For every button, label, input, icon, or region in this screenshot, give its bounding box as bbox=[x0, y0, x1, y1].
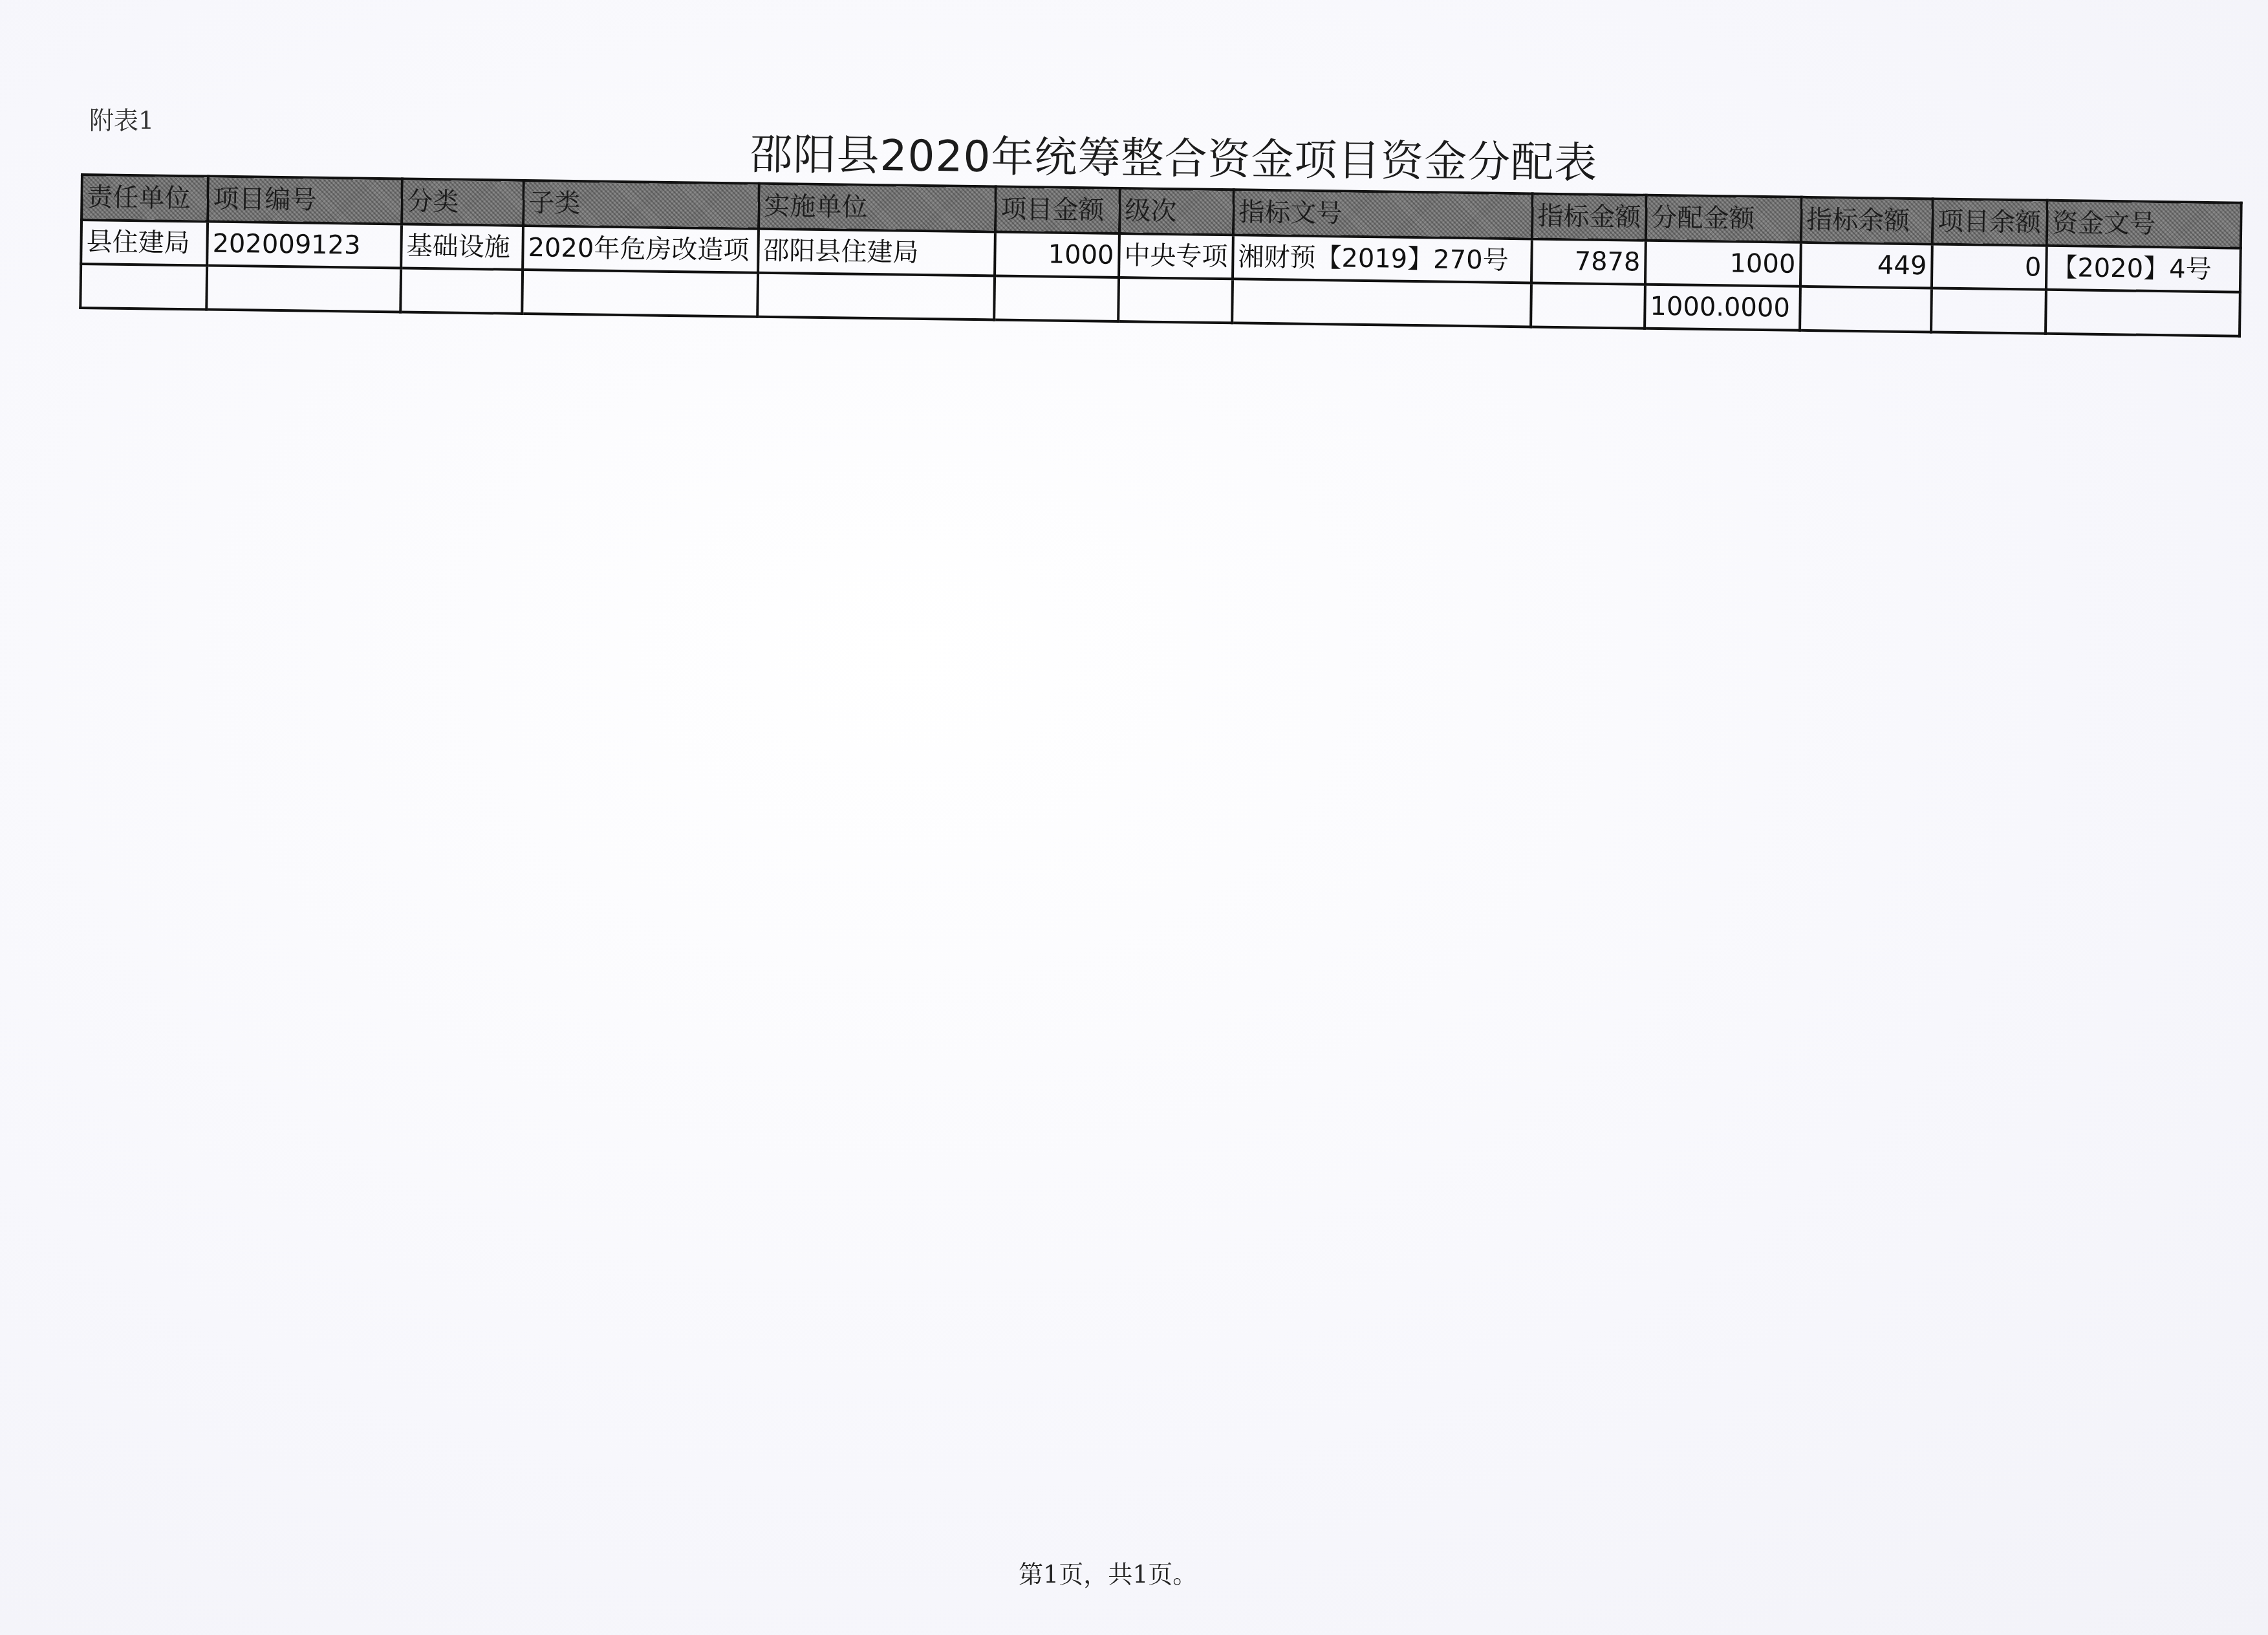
cell-empty bbox=[1800, 287, 1932, 332]
cell-category: 基础设施 bbox=[401, 224, 523, 269]
cell-implementing-unit: 邵阳县住建局 bbox=[758, 229, 995, 276]
cell-empty bbox=[757, 273, 995, 320]
cell-empty bbox=[80, 264, 207, 310]
cell-empty bbox=[1931, 288, 2046, 333]
allocation-table-container: 责任单位 项目编号 分类 子类 实施单位 项目金额 级次 指标文号 指标金额 分… bbox=[79, 173, 2242, 338]
cell-empty bbox=[400, 268, 523, 313]
header-subcategory: 子类 bbox=[523, 180, 759, 229]
cell-quota-balance: 449 bbox=[1800, 243, 1932, 288]
appendix-label: 附表1 bbox=[89, 100, 154, 136]
header-allocated-amount: 分配金额 bbox=[1646, 195, 1802, 243]
header-implementing-unit: 实施单位 bbox=[759, 184, 996, 232]
cell-fund-doc-no: 【2020】4号 bbox=[2046, 246, 2241, 292]
page-footer: 第1页，共1页。 bbox=[1019, 1554, 1197, 1590]
cell-empty bbox=[2046, 290, 2240, 336]
header-category: 分类 bbox=[402, 179, 524, 226]
cell-empty bbox=[1118, 277, 1233, 323]
header-quota-balance: 指标余额 bbox=[1801, 197, 1933, 244]
cell-level: 中央专项 bbox=[1119, 233, 1233, 279]
cell-project-code: 202009123 bbox=[207, 222, 402, 268]
header-project-code: 项目编号 bbox=[208, 177, 402, 224]
cell-empty bbox=[522, 270, 758, 317]
cell-empty bbox=[1531, 283, 1645, 328]
page-title: 邵阳县2020年统筹整合资金项目资金分配表 bbox=[750, 120, 1598, 190]
cell-quota-doc-no: 湘财预【2019】270号 bbox=[1233, 235, 1532, 283]
cell-empty bbox=[1232, 279, 1531, 327]
header-project-amount: 项目金额 bbox=[995, 187, 1120, 234]
header-responsible-unit: 责任单位 bbox=[81, 175, 208, 222]
cell-allocated-amount-total: 1000.0000 bbox=[1645, 285, 1800, 330]
cell-empty bbox=[206, 266, 401, 312]
allocation-table: 责任单位 项目编号 分类 子类 实施单位 项目金额 级次 指标文号 指标金额 分… bbox=[79, 173, 2242, 338]
scanned-page: 附表1 邵阳县2020年统筹整合资金项目资金分配表 责任单位 项目编 bbox=[0, 0, 2268, 1635]
header-fund-doc-no: 资金文号 bbox=[2047, 200, 2241, 248]
header-quota-doc-no: 指标文号 bbox=[1233, 189, 1533, 239]
header-project-balance: 项目余额 bbox=[1932, 199, 2047, 245]
cell-subcategory: 2020年危房改造项 bbox=[523, 226, 759, 273]
cell-allocated-amount: 1000 bbox=[1645, 241, 1801, 287]
cell-responsible-unit: 县住建局 bbox=[81, 220, 208, 266]
header-level: 级次 bbox=[1119, 188, 1234, 235]
header-quota-amount: 指标金额 bbox=[1532, 193, 1647, 240]
cell-quota-amount: 7878 bbox=[1531, 239, 1646, 284]
cell-empty bbox=[994, 276, 1119, 322]
cell-project-amount: 1000 bbox=[995, 232, 1119, 278]
cell-project-balance: 0 bbox=[1932, 244, 2047, 289]
